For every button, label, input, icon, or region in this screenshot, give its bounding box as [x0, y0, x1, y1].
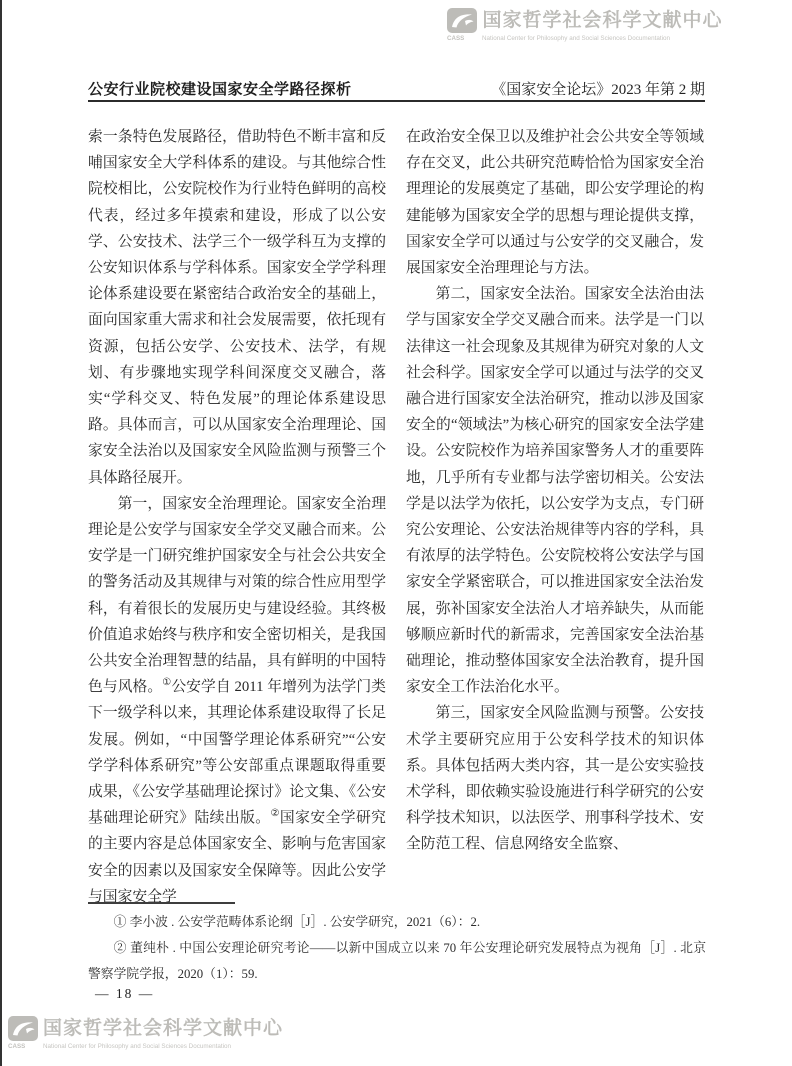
paragraph: 索一条特色发展路径，借助特色不断丰富和反哺国家安全大学科体系的建设。与其他综合性… — [88, 124, 386, 491]
page-number: — 18 — — [95, 986, 154, 1002]
journal-issue-info: 《国家安全论坛》2023 年第 2 期 — [491, 78, 705, 99]
scan-edge-artifact — [0, 0, 2, 1066]
paragraph: 第二，国家安全法治。国家安全法治由法学与国家安全学交叉融合而来。法学是一门以法律… — [406, 281, 704, 700]
paragraph: 第三，国家安全风险监测与预警。公安技术学主要研究应用于公安科学技术的知识体系。具… — [406, 700, 704, 857]
right-column: 在政治安全保卫以及维护社会公共安全等领域存在交叉，此公共研究范畴恰恰为国家安全治… — [406, 124, 704, 858]
cass-acronym: CASS — [8, 1043, 30, 1050]
ncpssd-watermark-bottom: 国家哲学社会科学文献中心 CASS National Center for Ph… — [8, 1016, 342, 1051]
footnote-item: ① 李小波 . 公安学范畴体系论纲［J］. 公安学研究，2021（6）：2. — [88, 909, 706, 935]
ncpssd-watermark-top: 国家哲学社会科学文献中心 CASS National Center for Ph… — [447, 8, 781, 43]
paragraph: 在政治安全保卫以及维护社会公共安全等领域存在交叉，此公共研究范畴恰恰为国家安全治… — [406, 124, 704, 281]
ncpssd-name-zh: 国家哲学社会科学文献中心 — [43, 1016, 283, 1041]
cass-acronym: CASS — [447, 35, 469, 42]
ncpssd-name-zh: 国家哲学社会科学文献中心 — [482, 8, 722, 33]
footnotes: ① 李小波 . 公安学范畴体系论纲［J］. 公安学研究，2021（6）：2. ②… — [88, 909, 706, 987]
header-rule — [88, 100, 705, 102]
paragraph: 第一，国家安全治理理论。国家安全治理理论是公安学与国家安全学交叉融合而来。公安学… — [88, 491, 386, 910]
running-head: 公安行业院校建设国家安全学路径探析 《国家安全论坛》2023 年第 2 期 — [88, 78, 705, 99]
journal-page: 国家哲学社会科学文献中心 CASS National Center for Ph… — [0, 0, 792, 1066]
ncpssd-name-en: National Center for Philosophy and Socia… — [43, 1043, 231, 1050]
footnote-item: ② 董纯朴 . 中国公安理论研究考论——以新中国成立以来 70 年公安理论研究发… — [88, 935, 706, 987]
left-column: 索一条特色发展路径，借助特色不断丰富和反哺国家安全大学科体系的建设。与其他综合性… — [88, 124, 386, 910]
ncpssd-name-en: National Center for Philosophy and Socia… — [482, 35, 670, 42]
article-title: 公安行业院校建设国家安全学路径探析 — [88, 78, 352, 99]
cass-logo-icon — [8, 1016, 38, 1041]
footnote-rule — [88, 902, 235, 904]
cass-logo-icon — [447, 8, 477, 33]
